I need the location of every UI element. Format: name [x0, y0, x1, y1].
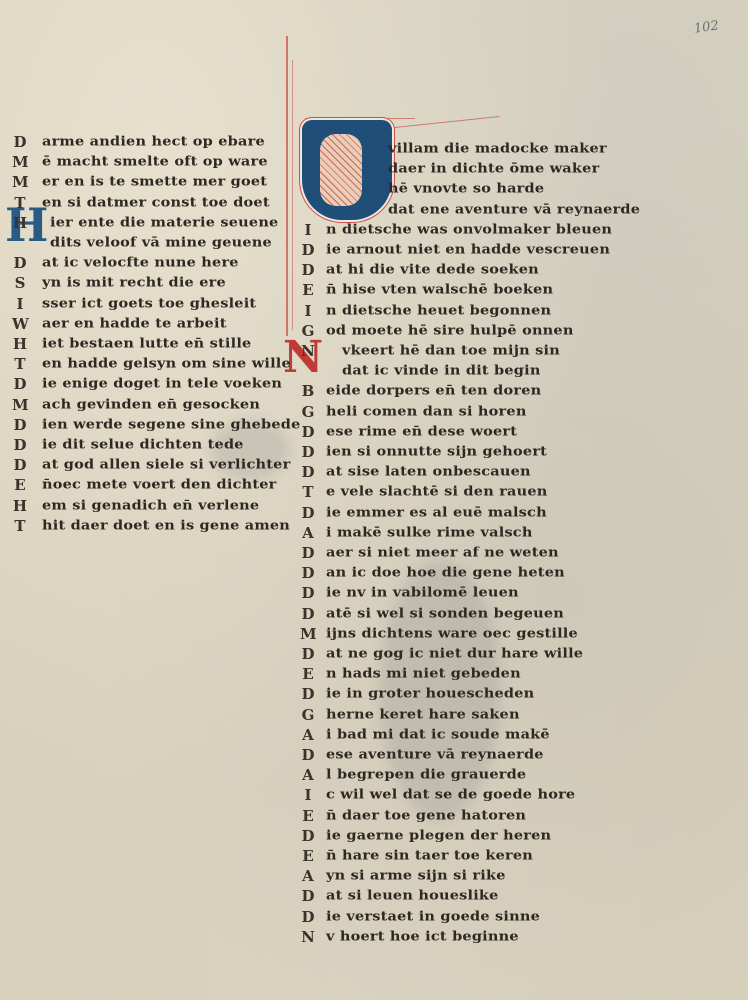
verse-line: dat ene aventure vā reynaerde [388, 201, 640, 217]
verse-line: n̄ daer toe gene hatoren [326, 807, 526, 823]
verse-line: at ic velocfte nune here [42, 255, 239, 271]
verse-line: i makē sulke rime valsch [326, 524, 533, 540]
line-initial: M [12, 396, 28, 414]
line-initial: E [12, 476, 28, 494]
line-initial: N [300, 342, 316, 360]
verse-line: at god allen siele si verlichter [42, 457, 290, 473]
line-initial: T [12, 194, 28, 212]
line-initial: D [12, 254, 28, 272]
line-initial: D [12, 436, 28, 454]
verse-line: l begrepen die grauerde [326, 767, 526, 783]
line-initial: D [300, 746, 316, 764]
line-initial: D [300, 645, 316, 663]
line-initial: D [300, 685, 316, 703]
line-initial: E [300, 281, 316, 299]
verse-line: hē vnovte so harde [388, 181, 544, 197]
verse-line: villam die madocke maker [388, 141, 607, 157]
verse-line: eide dorpers en̄ ten doren [326, 383, 541, 399]
verse-line: en hadde gelsyn om sine wille [42, 356, 291, 372]
verse-line: arme andien hect op ebare [42, 134, 265, 150]
red-pen-flourish [305, 118, 415, 119]
line-initial: S [12, 274, 28, 292]
line-initial: T [12, 355, 28, 373]
verse-line: v hoert hoe ict beginne [326, 928, 519, 944]
verse-line: aer si niet meer af ne weten [326, 545, 559, 561]
line-initial: H [12, 214, 28, 232]
verse-line: n dietsche heuet begonnen [326, 302, 551, 318]
verse-line: ie verstaet in goede sinne [326, 908, 540, 924]
line-initial: D [300, 605, 316, 623]
verse-line: ie arnout niet en hadde vescreuen [326, 242, 610, 258]
line-initial: G [300, 706, 316, 724]
line-initial: E [300, 847, 316, 865]
verse-line: an ic doe hoe die gene heten [326, 565, 565, 581]
line-initial: W [12, 315, 28, 333]
line-initial: M [300, 625, 316, 643]
line-initial: D [300, 887, 316, 905]
verse-line: ie dit selue dichten tede [42, 437, 244, 453]
verse-line: ie enige doget in tele voeken [42, 376, 282, 392]
line-initial: D [12, 416, 28, 434]
line-initial: G [300, 322, 316, 340]
line-initial: D [300, 908, 316, 926]
verse-line: ijns dichtens ware oec gestille [326, 625, 578, 641]
line-initial: D [300, 463, 316, 481]
verse-line: ē macht smelte oft op ware [42, 154, 268, 170]
verse-line: aer en hadde te arbeit [42, 315, 227, 331]
verse-line: n dietsche was onvolmaker bleuen [326, 221, 612, 237]
verse-line: heli comen dan si horen [326, 403, 527, 419]
line-initial: D [300, 544, 316, 562]
verse-line: daer in dichte ōme waker [388, 161, 599, 177]
line-initial: M [12, 173, 28, 191]
verse-line: ie in groter houescheden [326, 686, 534, 702]
verse-line: yn is mit recht die ere [42, 275, 226, 291]
line-initial: D [12, 456, 28, 474]
line-initial: D [300, 261, 316, 279]
verse-line: dat ic vinde in dit begin [342, 363, 541, 379]
line-initial: A [300, 524, 316, 542]
verse-line: ie gaerne plegen der heren [326, 827, 551, 843]
initial-filigree [320, 134, 362, 206]
verse-line: er en is te smette mer goet [42, 174, 267, 190]
line-initial: A [300, 726, 316, 744]
red-pen-flourish [286, 36, 288, 336]
line-initial: H [12, 497, 28, 515]
verse-line: en si datmer const toe doet [42, 194, 270, 210]
line-initial: A [300, 867, 316, 885]
verse-line: ese aventure vā reynaerde [326, 747, 544, 763]
red-pen-flourish [292, 60, 293, 330]
verse-line: em si genadich en̄ verlene [42, 497, 259, 513]
line-initial: M [12, 153, 28, 171]
folio-number: 102 [693, 18, 720, 36]
verse-line: herne keret hare saken [326, 706, 520, 722]
verse-line: c wil wel dat se de goede hore [326, 787, 575, 803]
line-initial: D [300, 827, 316, 845]
verse-line: at sise laten onbescauen [326, 464, 531, 480]
line-initial: E [300, 665, 316, 683]
line-initial: D [12, 133, 28, 151]
verse-line: od moete hē sire hulpē onnen [326, 322, 574, 338]
verse-line: iet bestaen lutte en̄ stille [42, 336, 251, 352]
line-initial: G [300, 403, 316, 421]
line-initial: D [12, 375, 28, 393]
verse-line: n hads mi niet gebeden [326, 666, 521, 682]
line-initial: I [300, 786, 316, 804]
line-initial: D [300, 443, 316, 461]
verse-line: ie emmer es al euē malsch [326, 504, 547, 520]
line-initial: I [300, 302, 316, 320]
line-initial: I [12, 295, 28, 313]
verse-line: ach gevinden en̄ gesocken [42, 396, 260, 412]
verse-line: sser ict goets toe ghesleit [42, 295, 256, 311]
decorated-initial-w [302, 120, 392, 220]
verse-line: ien si onnutte sijn gehoert [326, 444, 547, 460]
line-initial: E [300, 807, 316, 825]
line-initial: T [300, 483, 316, 501]
line-initial: D [300, 564, 316, 582]
verse-line: i bad mi dat ic soude makē [326, 726, 550, 742]
line-initial: D [300, 241, 316, 259]
verse-line: n̄ hare sin taer toe keren [326, 848, 533, 864]
verse-line: at hi die vite dede soeken [326, 262, 539, 278]
line-initial: B [300, 382, 316, 400]
verse-line: ier ente die materie seuene [50, 214, 279, 230]
line-initial: A [300, 766, 316, 784]
verse-line: ie nv in vabilomē leuen [326, 585, 519, 601]
verse-line: hit daer doet en is gene amen [42, 517, 290, 533]
verse-line: ien werde segene sine ghebede [42, 416, 301, 432]
line-initial: D [300, 584, 316, 602]
line-initial: T [12, 517, 28, 535]
verse-line: atē si wel si sonden begeuen [326, 605, 564, 621]
verse-line: at ne gog ic niet dur hare wille [326, 646, 583, 662]
verse-line: e vele slachtē si den rauen [326, 484, 548, 500]
verse-line: ese rime en̄ dese woert [326, 423, 517, 439]
verse-line: vkeert hē dan toe mijn sin [342, 343, 560, 359]
verse-line: dits veloof vā mine geuene [50, 235, 272, 251]
verse-line: n̄oec mete voert den dichter [42, 477, 277, 493]
verse-line: yn si arme sijn si rike [326, 868, 506, 884]
line-initial: H [12, 335, 28, 353]
verse-line: n̄ hise vten walschē boeken [326, 282, 553, 298]
verse-line: at si leuen houeslike [326, 888, 499, 904]
line-initial: D [300, 423, 316, 441]
line-initial: N [300, 928, 316, 946]
line-initial: D [300, 504, 316, 522]
line-initial: I [300, 221, 316, 239]
